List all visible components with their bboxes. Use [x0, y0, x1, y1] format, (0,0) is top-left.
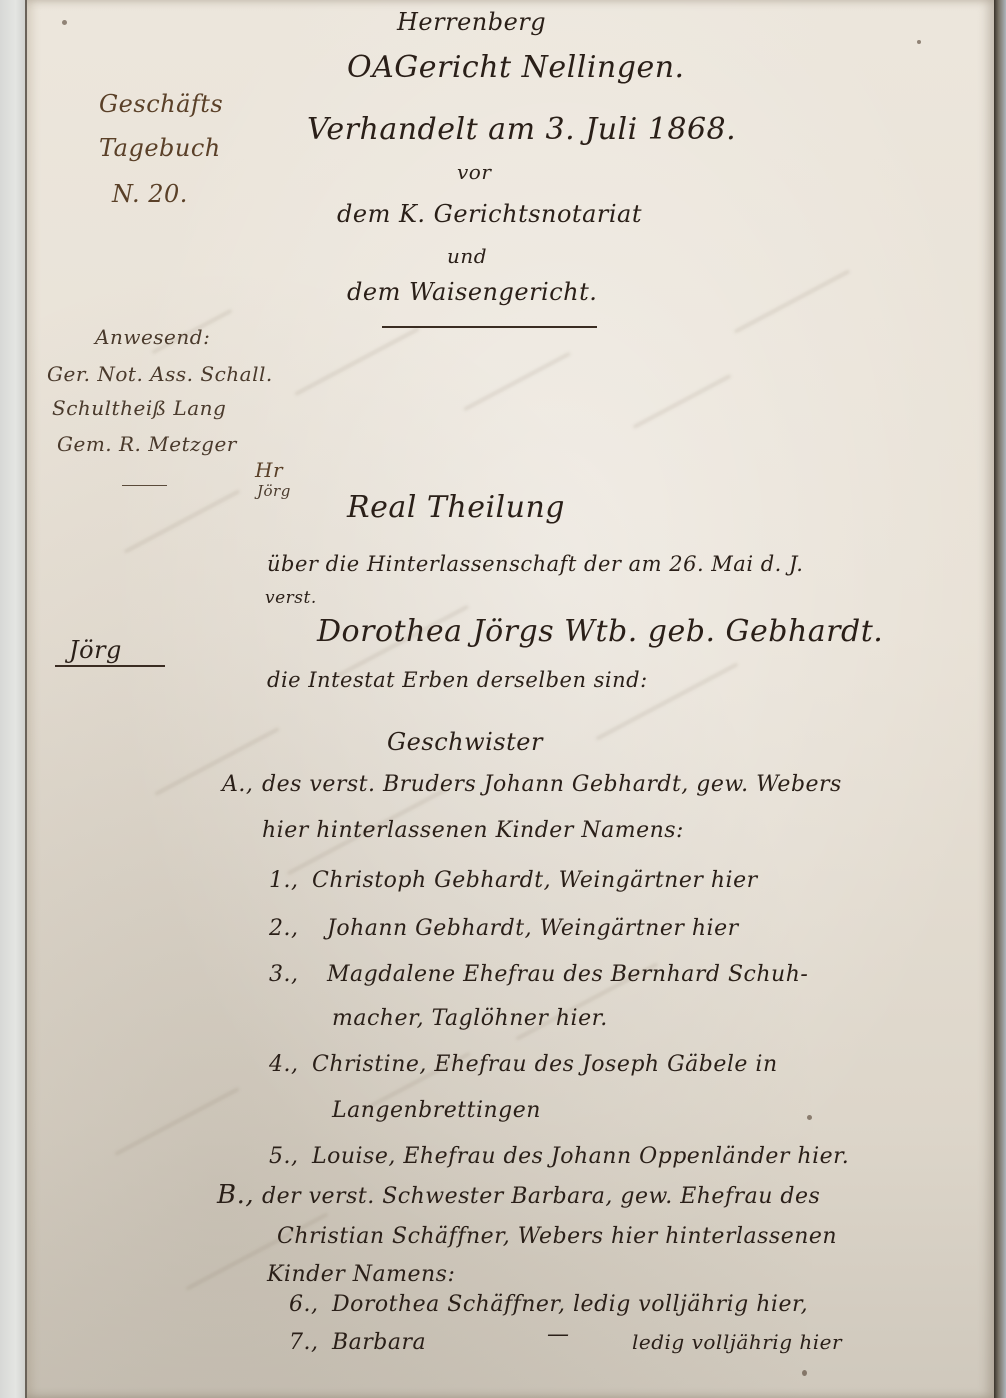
foxing-spot	[802, 1370, 807, 1376]
bleed-through-mark	[154, 727, 279, 795]
margin-geschaefts: Geschäfts	[99, 90, 223, 118]
section-a-line-1: des verst. Bruders Johann Gebhardt, gew.…	[262, 772, 842, 797]
entry-4-text: Christine, Ehefrau des Joseph Gäbele in	[312, 1052, 778, 1077]
entry-4-continuation: Langenbrettingen	[332, 1098, 541, 1123]
binding-right-edge	[994, 0, 1006, 1398]
margin-dash	[122, 485, 167, 486]
bleed-through-mark	[633, 374, 732, 428]
body-verst: verst.	[265, 588, 317, 608]
section-b-line-2: Christian Schäffner, Webers hier hinterl…	[277, 1224, 837, 1249]
entry-3-num: 3.,	[269, 962, 298, 987]
entry-1-text: Christoph Gebhardt, Weingärtner hier	[312, 868, 758, 893]
entry-3-text: Magdalene Ehefrau des Bernhard Schuh-	[327, 962, 808, 987]
header-place: Herrenberg	[397, 8, 546, 36]
entry-5-text: Louise, Ehefrau des Johann Oppenländer h…	[312, 1144, 849, 1169]
bleed-through-mark	[114, 1087, 239, 1155]
header-vor: vor	[457, 160, 491, 184]
entry-1-num: 1.,	[269, 868, 298, 893]
entry-7-num: 7.,	[289, 1330, 318, 1355]
foxing-spot	[62, 20, 67, 25]
entry-2-text: Johann Gebhardt, Weingärtner hier	[327, 916, 739, 941]
margin-initials: Hr	[255, 458, 283, 482]
header-notariat: dem K. Gerichtsnotariat	[337, 200, 642, 228]
margin-gemeinderat: Gem. R. Metzger	[57, 432, 237, 456]
entry-5-num: 5.,	[269, 1144, 298, 1169]
margin-name-underline	[55, 665, 165, 667]
margin-notary: Ger. Not. Ass. Schall.	[47, 362, 273, 386]
entry-2-num: 2.,	[269, 916, 298, 941]
section-heading-geschwister: Geschwister	[387, 728, 543, 756]
bleed-through-mark	[463, 352, 570, 411]
margin-name-joerg: Jörg	[69, 636, 122, 664]
header-court: OAGericht Nellingen.	[347, 50, 685, 85]
entry-7-text: Barbara	[332, 1330, 426, 1355]
header-date: Verhandelt am 3. Juli 1868.	[307, 112, 736, 147]
body-line-1: über die Hinterlassenschaft der am 26. M…	[267, 552, 803, 576]
section-a-label: A.,	[222, 772, 253, 797]
margin-tagebuch: Tagebuch	[99, 134, 221, 162]
section-b-line-1: der verst. Schwester Barbara, gew. Ehefr…	[262, 1184, 820, 1209]
header-waisengericht: dem Waisengericht.	[347, 278, 597, 306]
margin-number: N. 20.	[112, 180, 188, 208]
margin-anwesend: Anwesend:	[95, 325, 210, 349]
section-b-label: B.,	[217, 1180, 254, 1210]
section-b-line-3: Kinder Namens:	[267, 1262, 455, 1287]
background-left-sheet	[0, 0, 26, 1398]
entry-6-text: Dorothea Schäffner, ledig volljährig hie…	[332, 1292, 808, 1317]
entry-4-num: 4.,	[269, 1052, 298, 1077]
entry-7-dash: —	[547, 1322, 570, 1347]
entry-6-num: 6.,	[289, 1292, 318, 1317]
entry-3-continuation: macher, Taglöhner hier.	[332, 1006, 608, 1031]
decedent-name: Dorothea Jörgs Wtb. geb. Gebhardt.	[317, 614, 883, 649]
header-underline	[382, 326, 597, 328]
bleed-through-mark	[294, 327, 419, 395]
margin-schultheiss: Schultheiß Lang	[52, 396, 226, 420]
bleed-through-mark	[734, 270, 850, 334]
document-title: Real Theilung	[347, 490, 565, 525]
section-a-line-2: hier hinterlassenen Kinder Namens:	[262, 818, 684, 843]
margin-joerg-small: Jörg	[257, 482, 291, 500]
entry-7-tail: ledig volljährig hier	[632, 1330, 842, 1354]
header-und: und	[447, 244, 487, 268]
foxing-spot	[807, 1115, 812, 1120]
foxing-spot	[917, 40, 921, 44]
manuscript-page: Herrenberg OAGericht Nellingen. Verhande…	[27, 0, 994, 1398]
bleed-through-mark	[124, 490, 240, 554]
body-line-3: die Intestat Erben derselben sind:	[267, 668, 648, 692]
